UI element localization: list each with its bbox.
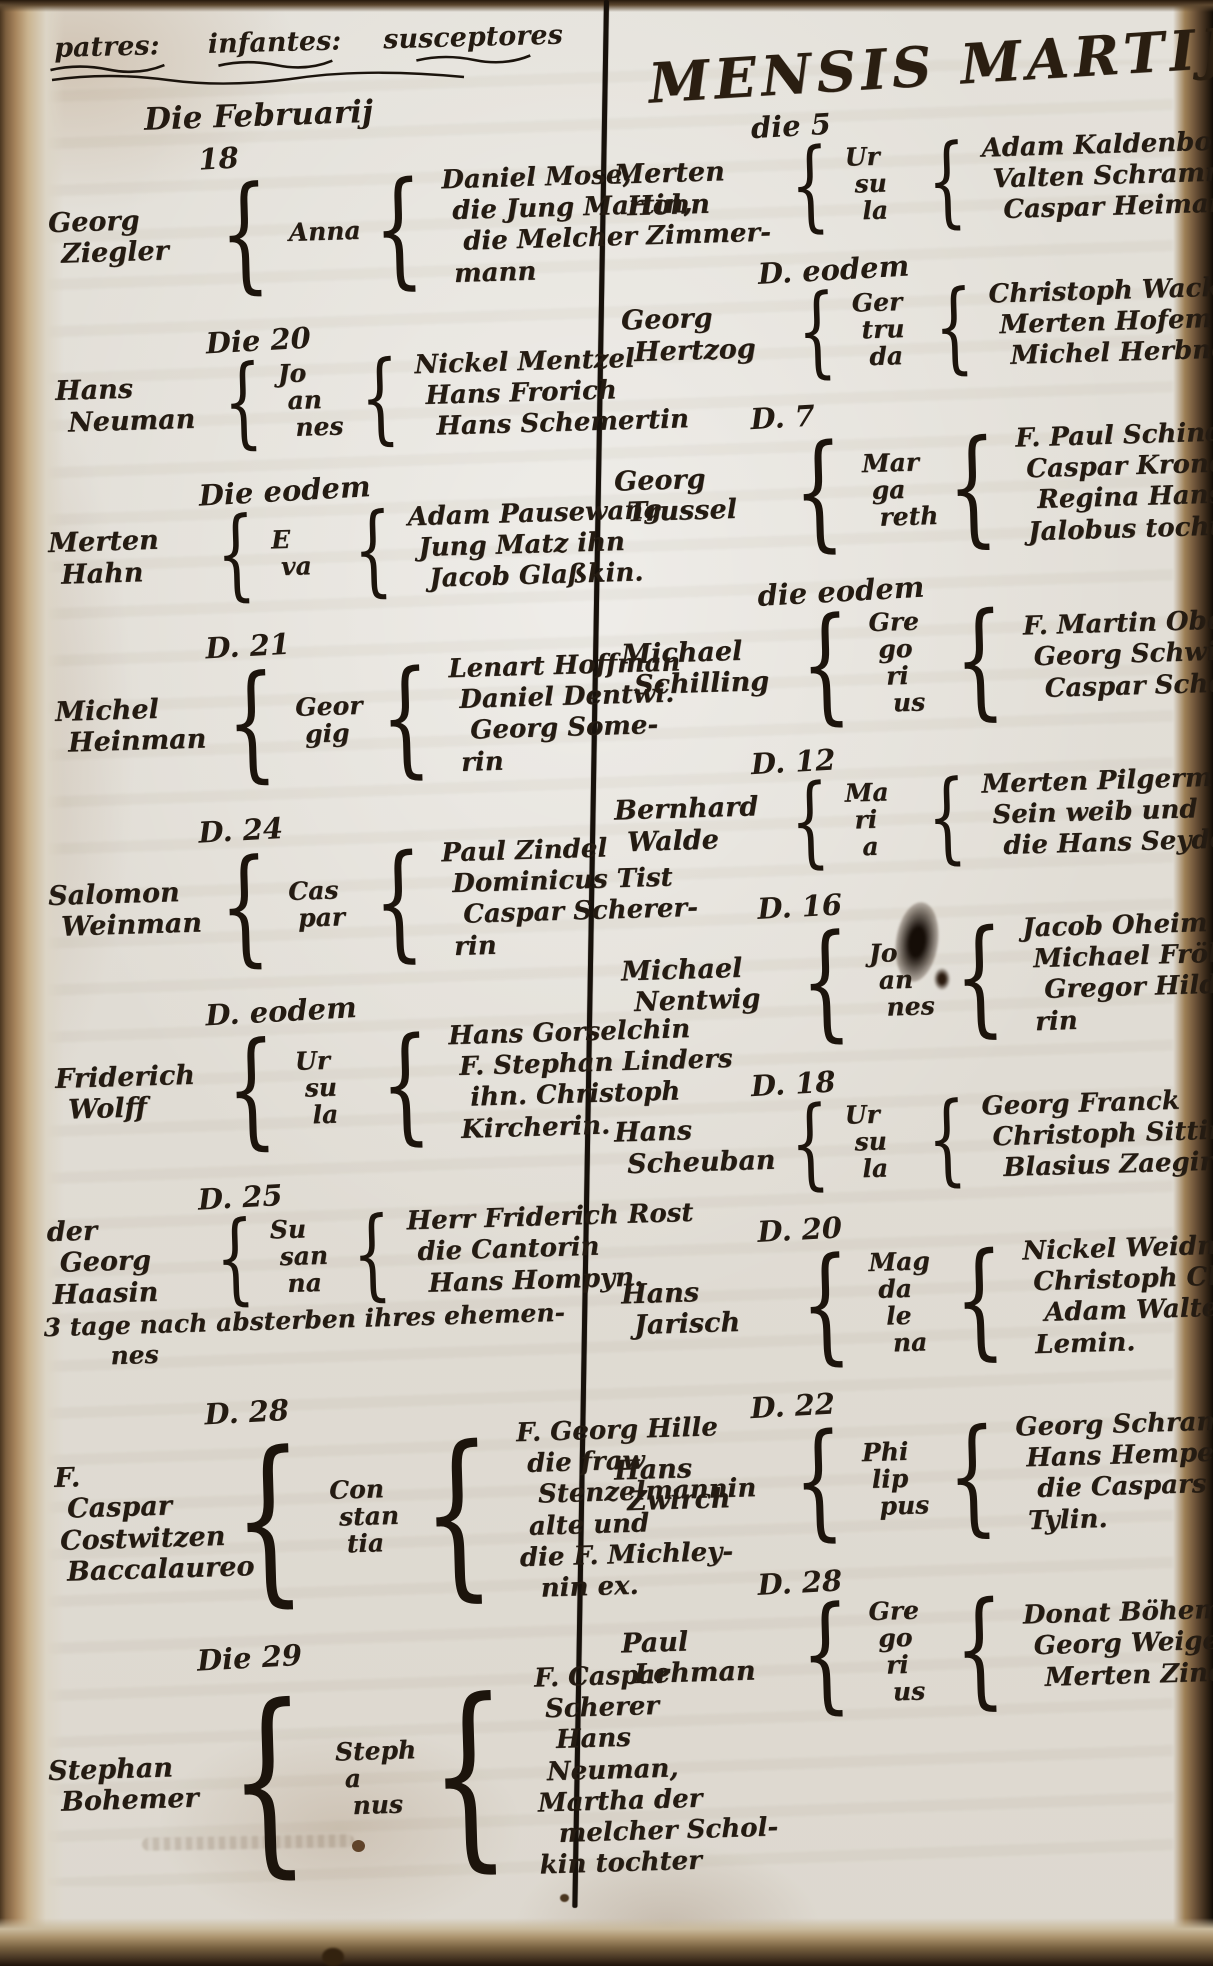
sponsor-line: Jalobus tochter [1028,510,1213,548]
infant-name-syllable: us [892,688,937,716]
infant-name: Gertruda [851,288,919,371]
march-entries: die 5 MertenHohn { Ursula { Adam Kaldenb… [614,101,1192,1709]
infant-name-syllable: an [878,965,936,994]
infant-name-syllable: da [878,1274,936,1303]
father-name-line: Bohemer [61,1783,202,1818]
father-name-line: Scheuban [627,1145,776,1181]
entry-row: StephanBohemer { Stephanus { F. CasparSc… [45,1662,596,1896]
sponsor-line: Tylin. [1028,1500,1213,1537]
baptism-entry: D. 20 HansJarisch { Magdalena { Nickel W… [619,1196,1194,1373]
father-name-line: Merten [614,155,775,191]
infant-name-syllable: an [287,385,345,414]
father-name-line: Haasin [52,1275,201,1311]
father-name: StephanBohemer [48,1752,202,1819]
father-name-line: Merten [48,524,201,560]
baptism-entry: D. eodem GeorgHertzog { Gertruda { Chris… [619,238,1194,383]
brace-glyph: { [225,664,278,781]
brace-glyph: { [926,771,968,863]
father-name-line: Georg [59,1244,200,1279]
infant-name: Stephanus [335,1736,403,1819]
february-entries: 18 GeorgZiegler { Anna { Daniel Mose,die… [48,134,593,1889]
father-name: MichelHeinman [55,692,209,759]
infant-name-syllable: Ur [844,142,911,171]
sponsor-line: Georg Weigel [1033,1625,1213,1663]
entry-row: F.CasparCostwitzenBaccalaureo { Constant… [53,1416,596,1619]
sponsors-list: Nickel WeidnerChristoph ChristinAdam Wal… [1022,1228,1213,1361]
brace-glyph: { [231,1435,307,1603]
infant-name: Caspar [288,876,356,932]
father-name-line: Walde [627,822,776,858]
infant-name-syllable: san [279,1242,337,1271]
brace-glyph: { [926,1093,968,1185]
baptism-entry: D. 28 F.CasparCostwitzenBaccalaureo { Co… [52,1381,596,1619]
brace-glyph: { [953,919,1006,1036]
infant-name: Gregorius [868,1596,937,1706]
infant-name-syllable: Phi [862,1438,929,1467]
father-name-line: der [46,1213,199,1249]
father-name: derGeorgHaasin [46,1213,201,1311]
father-name-line: Ziegler [61,235,202,270]
register-column-header: patres: infantes: susceptores [48,19,594,76]
brace-glyph: { [789,139,831,231]
infant-name-syllable: pus [879,1492,930,1520]
infant-name-syllable: Jo [277,358,344,387]
father-name-line: Zwirch [627,1483,776,1519]
entry-row: MichaelNentwig { Joannes { Jacob OheimMi… [620,909,1194,1051]
brace-glyph: { [225,1031,278,1148]
entry-row: MichelHeinman { Georgig { Lenart Hoffman… [54,650,595,791]
entry-row: SalomonWeinman { Caspar { Paul ZindelDom… [47,834,595,975]
entry-row: HansScheuban { Ursula { Georg FranckChri… [613,1086,1194,1197]
register-header-word: patres: [48,30,167,76]
father-name-line: Trussel [627,493,776,529]
infant-name-syllable: Su [269,1215,336,1244]
father-name-line: Jarisch [634,1306,783,1342]
sponsor-line: Regina Hans [1037,479,1213,517]
brace-glyph: { [372,843,425,960]
entry-row: HansNeuman { Joannes { Nickel MentzelHan… [54,345,595,454]
register-header-word: infantes: [207,25,342,71]
father-name-line: Hans [621,1274,782,1310]
sponsor-line: die Caspars [1037,1469,1213,1506]
father-name: MichaelNentwig [621,952,783,1019]
infant-name: Ursula [295,1046,363,1129]
infant-name-syllable: tru [861,315,919,344]
entry-row: MertenHohn { Ursula { Adam KaldenbornVal… [613,127,1194,238]
infant-name: Margareth [862,448,930,531]
infant-name-syllable: Anna [288,217,355,246]
infant-name: Gregorius [868,607,937,717]
sponsors-list: Donat BöhemGeorg WeigelMerten Zinckin [1022,1594,1213,1695]
entry-row: MichaelSchilling { Gregorius { F. Martin… [620,595,1194,728]
baptism-entry: D. 24 SalomonWeinman { Caspar { Paul Zin… [46,799,595,975]
baptism-entry: D. 21 MichelHeinman { Georgig { Lenart H… [53,615,596,791]
infant-name: Constantia [329,1475,397,1558]
february-column: patres: infantes: susceptores Die Februa… [48,26,593,1913]
father-name-line: Wolff [68,1091,209,1126]
brace-glyph: { [946,429,999,546]
infant-name-syllable: par [298,903,356,932]
infant-name-syllable: Geor [295,692,362,721]
baptism-entry: Die eodem MertenHahn { Eva { Adam Pausew… [46,462,595,607]
infant-name-syllable: reth [879,502,930,530]
baptism-entry: D. 16 MichaelNentwig { Joannes { Jacob O… [619,874,1194,1051]
infant-name-syllable: gig [305,719,363,748]
brace-glyph: { [799,606,852,723]
father-name-line: Michel [55,692,208,728]
infant-name-syllable: ri [886,1650,937,1678]
father-name: F.CasparCostwitzenBaccalaureo [54,1458,210,1588]
baptism-entry: D. eodem FriderichWolff { Ursula { Hans … [53,982,596,1158]
entry-row: HansZwirch { Philippus { Georg SchramHan… [613,1408,1194,1550]
brace-glyph: { [379,659,432,776]
infant-name-syllable: Ur [295,1046,362,1075]
entry-row: GeorgZiegler { Anna { Daniel Mose,die Ju… [47,161,595,302]
infant-name: Eva [271,525,339,581]
father-name-line: Neuman [68,403,209,438]
father-name-line: Schilling [634,666,783,702]
infant-name-syllable: ri [886,661,937,689]
sponsors-list: F. Paul SchindlerCaspar KronerinRegina H… [1015,416,1213,548]
infant-name-syllable: tia [346,1529,397,1557]
brace-glyph: { [419,1430,495,1598]
infant-name-syllable: nes [295,412,346,440]
brace-glyph: { [351,1208,393,1300]
brace-glyph: { [799,923,852,1040]
brace-glyph: { [427,1682,511,1868]
brace-glyph: { [352,504,394,596]
entry-row: derGeorgHaasin { Susanna { Herr Frideric… [46,1201,594,1311]
entry-row: PaulLehman { Gregorius { Donat BöhemGeor… [620,1585,1194,1718]
infant-name-syllable: su [304,1073,362,1102]
father-name-line: Georg [614,462,775,498]
father-name: PaulLehman [621,1624,783,1691]
father-name: GeorgZiegler [48,204,202,271]
brace-glyph: { [796,285,838,377]
brace-glyph: { [799,1246,852,1363]
infant-name-syllable: su [854,1127,912,1156]
father-name-line: Lehman [634,1655,783,1691]
father-name-line: Hertzog [634,332,783,368]
father-name: MertenHahn [48,524,202,591]
infant-name-syllable: go [878,1623,936,1652]
father-name: HansNeuman [55,372,209,439]
father-name-line: Stephan [48,1752,201,1788]
entry-row: MertenHahn { Eva { Adam PausewangJung Ma… [47,497,595,607]
sponsor-line: Nickel Weidner [1022,1228,1213,1268]
father-name-line: Hahn [61,556,202,591]
brace-glyph: { [792,1423,845,1540]
infant-name-syllable: Gre [868,1596,935,1625]
infant-name: Susanna [269,1215,337,1298]
father-name-line: Michael [621,952,782,988]
brace-glyph: { [214,1213,256,1305]
father-name: GeorgHertzog [621,301,783,368]
infant-name-syllable: a [344,1763,402,1792]
infant-name-syllable: nus [352,1790,403,1818]
baptism-entry: 18 GeorgZiegler { Anna { Daniel Mose,die… [46,126,595,302]
brace-glyph: { [953,601,1006,718]
infant-name: Maria [844,778,912,861]
infant-name-syllable: ri [854,805,912,834]
entry-row: FriderichWolff { Ursula { Hans Gorselchi… [54,1017,595,1158]
sponsor-line: Blasius Zaegir [1003,1147,1213,1185]
infant-name-syllable: Ma [844,778,911,807]
brace-glyph: { [789,775,831,867]
baptism-entry: die eodem MichaelSchilling { Gregorius {… [619,560,1194,728]
brace-glyph: { [946,1418,999,1535]
infant-name-syllable: Mag [868,1247,935,1276]
brace-glyph: { [792,433,845,550]
baptism-entry: D. 18 HansScheuban { Ursula { Georg Fran… [612,1051,1194,1197]
baptism-entry: D. 12 BernhardWalde { Maria { Merten Pil… [612,728,1194,874]
father-name: MertenHohn [614,155,776,222]
infant-name-syllable: su [854,169,912,198]
stain-dot [322,1948,344,1966]
sponsor-line: kin tochter [539,1844,779,1882]
sponsor-line: Gregor Hilde- [1044,969,1213,1007]
infant-name-syllable: Mar [862,448,929,477]
infant-name-syllable: Cas [288,876,355,905]
infant-name-syllable: Ger [851,288,918,317]
sponsor-line: Merten Zinckin [1044,1656,1213,1694]
infant-name-syllable: nes [886,992,937,1020]
baptism-entry: D. 28 PaulLehman { Gregorius { Donat Böh… [619,1550,1194,1718]
brace-glyph: { [215,509,257,601]
page-bottom-edge [0,1918,1213,1966]
father-name-line: Georg [48,204,201,240]
father-name-line: Heinman [68,724,209,759]
father-name-line: Nentwig [634,983,783,1019]
infant-name-syllable: na [892,1328,937,1356]
infant-name: Magdalena [868,1247,937,1357]
father-name-line: Paul [621,1624,782,1660]
brace-glyph: { [226,1688,310,1874]
brace-glyph: { [222,356,264,448]
brace-glyph: { [379,1027,432,1144]
sponsors-list: Jacob OheimMichael FrölichGregor Hilde-r… [1022,907,1213,1039]
father-name-line: Georg [621,301,782,337]
sponsor-line: F. Martin Oberhoff [1022,604,1213,643]
sponsors-list: Georg SchramHans Hempedie CasparsTylin. [1015,1407,1213,1538]
sponsors-list: Adam KaldenbornValten SchramminCaspar He… [981,125,1213,227]
father-name-line: Salomon [48,876,201,912]
father-name: GeorgTrussel [614,462,776,529]
infant-name: Ursula [844,142,912,225]
infant-name: Joannes [277,358,345,441]
sponsors-list: F. Martin OberhoffGeorg SchwingerCaspar … [1022,604,1213,706]
father-name: HansScheuban [614,1113,776,1180]
baptism-entry: D. 25 derGeorgHaasin { Susanna { Herr Fr… [45,1166,595,1373]
father-name-line: Weinman [61,908,202,943]
manuscript-page: patres: infantes: susceptores Die Februa… [0,0,1213,1966]
infant-name-syllable: Gre [868,607,935,636]
entry-row: BernhardWalde { Maria { Merten Pilgerman… [613,763,1194,874]
father-name-line: Hans [614,1113,775,1149]
brace-glyph: { [359,352,401,444]
brace-glyph: { [218,175,271,292]
brace-glyph: { [926,135,968,227]
sponsor-line: Caspar Heimanin. [1003,188,1213,227]
infant-name-syllable: da [869,341,920,369]
baptism-entry: D. 22 HansZwirch { Philippus { Georg Sch… [612,1373,1194,1550]
infant-name-syllable: la [312,1100,363,1128]
brace-glyph: { [953,1241,1006,1358]
infant-name-syllable: lip [871,1465,929,1494]
baptism-entry: Die 20 HansNeuman { Joannes { Nickel Men… [53,310,595,454]
father-name-line: Friderich [55,1060,208,1096]
brace-glyph: { [218,848,271,965]
baptism-entry: D. 7 GeorgTrussel { Margareth { F. Paul … [612,384,1194,561]
infant-name-syllable: ga [871,475,929,504]
father-name: MichaelSchilling [621,634,783,701]
underline-flourish [414,49,532,66]
sponsors-list: Christoph WackerMerten HofemannMichel He… [988,271,1213,373]
brace-glyph: { [372,170,425,287]
infant-name: Anna [288,217,355,246]
sponsors-list: Georg FranckChristoph SittinBlasius Zaeg… [981,1085,1213,1186]
brace-glyph: { [799,1595,852,1712]
father-name: FriderichWolff [55,1060,209,1127]
infant-name-syllable: us [892,1677,937,1705]
father-name-line: Caspar [67,1490,208,1525]
infant-name-syllable: Jo [869,938,936,967]
father-name-line: Michael [621,634,782,670]
infant-name-syllable: va [281,552,339,581]
baptism-entry: Die 29 StephanBohemer { Stephanus { F. C… [44,1627,596,1896]
father-name-line: Bernhard [614,791,775,827]
sponsor-line: rin [1035,1000,1213,1038]
infant-name-syllable: Steph [335,1736,402,1765]
infant-name-syllable: le [886,1301,937,1329]
infant-name-syllable: stan [339,1502,397,1531]
father-name: BernhardWalde [614,791,776,858]
brace-glyph: { [789,1098,831,1190]
infant-name-syllable: na [287,1269,338,1297]
register-header-word: susceptores [383,20,564,68]
baptism-entry: die 5 MertenHohn { Ursula { Adam Kaldenb… [612,92,1194,238]
brace-glyph: { [953,1590,1006,1707]
entry-row: HansJarisch { Magdalena { Nickel Weidner… [620,1231,1194,1373]
infant-name-syllable: Ur [844,1100,911,1129]
march-column: MENSIS MARTIJ die 5 MertenHohn { Ursula … [614,24,1192,1726]
father-name: HansZwirch [614,1451,776,1518]
infant-name: Joannes [869,938,937,1021]
infant-name: Philippus [862,1438,930,1521]
infant-name-syllable: la [862,196,913,224]
infant-name-syllable: Con [329,1475,396,1504]
infant-name-syllable: E [271,525,338,554]
father-name-line: Baccalaureo [67,1552,210,1588]
father-name-line: Hohn [627,187,776,223]
father-name-line: Hans [55,372,208,408]
infant-name-syllable: a [862,832,913,860]
father-name-line: F. [54,1458,207,1494]
infant-name-syllable: go [878,634,936,663]
father-name-line: Costwitzen [60,1521,209,1557]
entry-row: GeorgTrussel { Margareth { F. Paul Schin… [613,419,1194,561]
infant-name: Ursula [844,1100,912,1183]
infant-name: Georgig [295,692,363,748]
father-name: HansJarisch [621,1274,783,1341]
father-name: SalomonWeinman [48,876,202,943]
sponsors-list: Merten PilgermanSein weib unddie Hans Se… [981,761,1213,863]
brace-glyph: { [933,281,975,373]
entry-row: GeorgHertzog { Gertruda { Christoph Wack… [620,273,1194,383]
infant-name-syllable: la [862,1154,913,1182]
